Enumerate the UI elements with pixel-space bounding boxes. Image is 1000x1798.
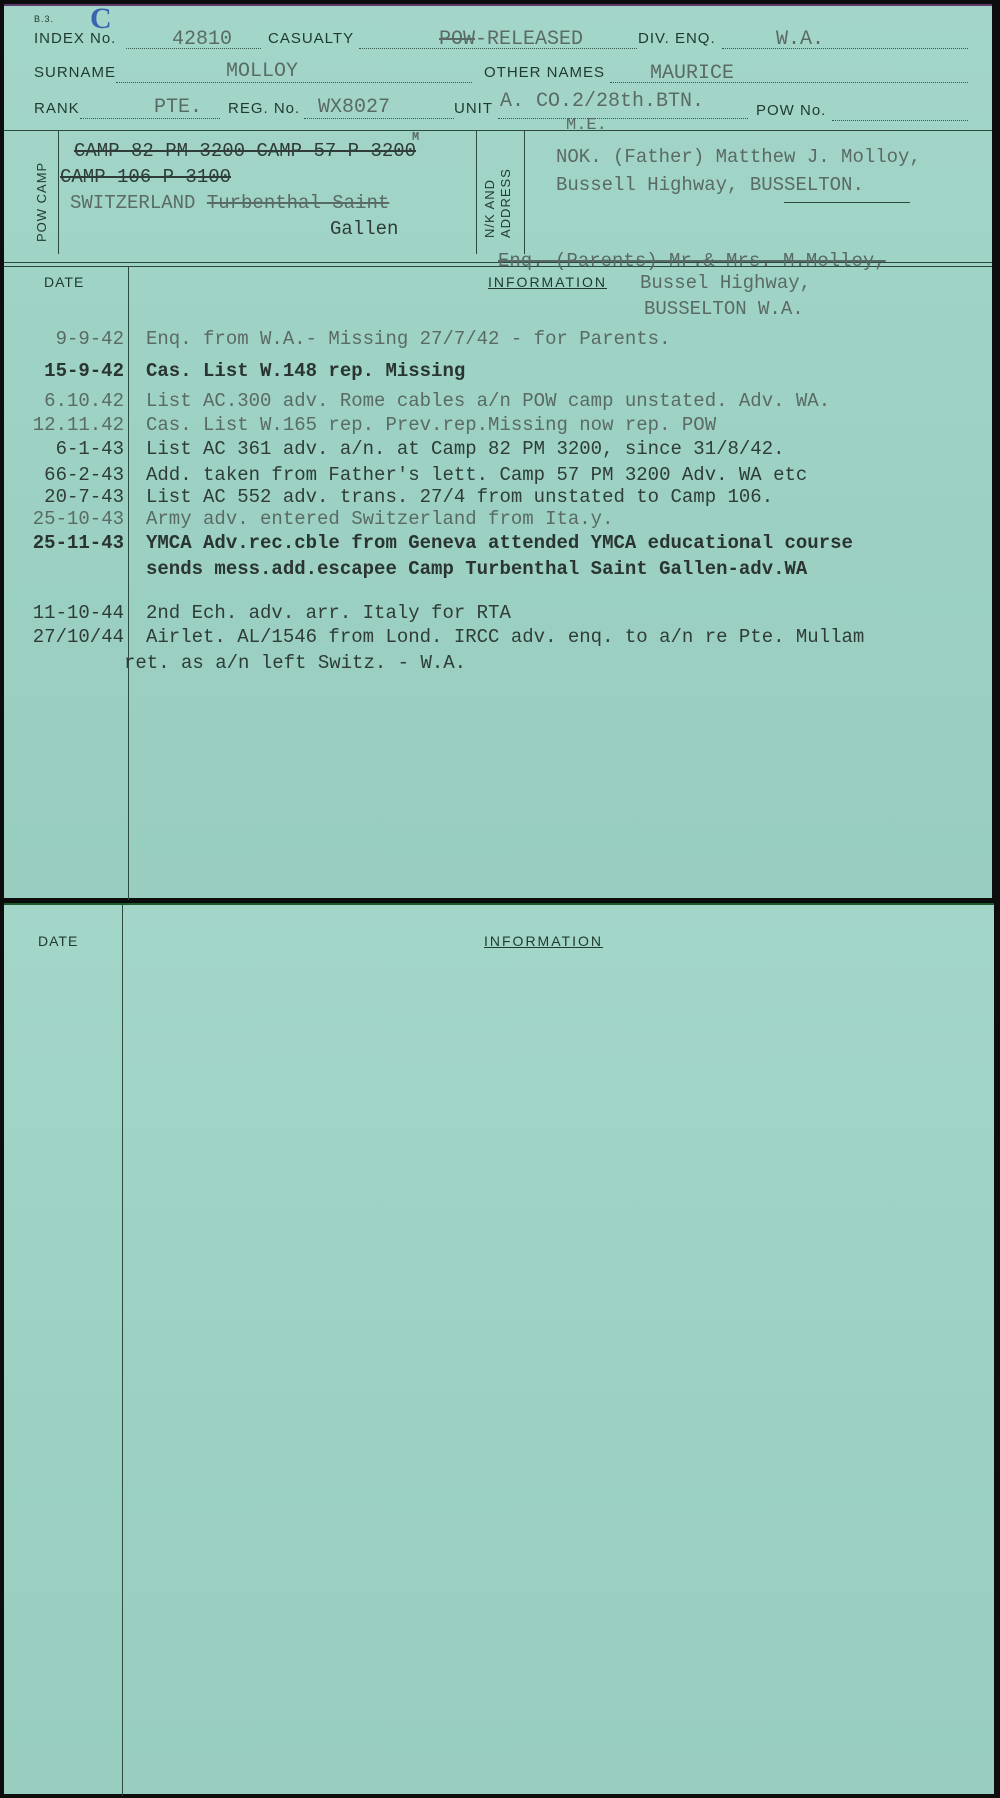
header-divider <box>4 130 992 131</box>
pow-camp-line-2: CAMP 106 P 3100 <box>60 166 231 188</box>
entry-date: 66-2-43 <box>4 464 124 488</box>
entry-date: 27/10/44 <box>4 626 124 650</box>
pow-camp-label: POW CAMP <box>34 162 49 242</box>
entry-info: sends mess.add.escapee Camp Turbenthal S… <box>146 558 807 580</box>
entry-date: 20-7-43 <box>4 486 124 510</box>
div-enq-value: W.A. <box>776 28 824 51</box>
nk-address-label: N/K ANDADDRESS <box>482 168 514 238</box>
nok-line-1: NOK. (Father) Matthew J. Molloy, <box>556 146 921 168</box>
surname-label: SURNAME <box>34 64 116 81</box>
entry-date: 25-11-43 <box>4 532 124 556</box>
entry-info: Cas. List W.148 rep. Missing <box>146 360 465 382</box>
entry-info: List AC.300 adv. Rome cables a/n POW cam… <box>146 390 830 412</box>
entry-date: 6-1-43 <box>4 438 124 462</box>
rank-value: PTE. <box>154 96 202 119</box>
casualty-card-front: B.3. C INDEX No. 42810 CASUALTY POW-RELE… <box>4 4 992 898</box>
casualty-value: POW-RELEASED <box>439 28 583 51</box>
enq-line-1: Bussel Highway, <box>640 272 811 294</box>
entry-date: 12.11.42 <box>4 414 124 438</box>
enq-parents-struck: Enq. (Parents) Mr.& Mrs. M.Molloy, <box>498 250 886 272</box>
nok-line-2: Bussell Highway, BUSSELTON. <box>556 174 864 196</box>
date-column-divider <box>128 266 129 900</box>
enq-line-2: BUSSELTON W.A. <box>644 298 804 320</box>
information-column-header: INFORMATION <box>488 274 607 290</box>
entry-date: 6.10.42 <box>4 390 124 414</box>
reg-no-label: REG. No. <box>228 100 300 117</box>
entry-info: Add. taken from Father's lett. Camp 57 P… <box>146 464 807 486</box>
casualty-label: CASUALTY <box>268 30 354 47</box>
entry-info: List AC 552 adv. trans. 27/4 from unstat… <box>146 486 773 508</box>
entry-info: 2nd Ech. adv. arr. Italy for RTA <box>146 602 511 624</box>
other-names-label: OTHER NAMES <box>484 64 605 81</box>
entry-date: 11-10-44 <box>4 602 124 626</box>
rank-label: RANK <box>34 100 80 117</box>
unit-label: UNIT <box>454 100 493 117</box>
entry-info: Army adv. entered Switzerland from Ita.y… <box>146 508 613 530</box>
entry-info: ret. as a/n left Switz. - W.A. <box>124 652 466 674</box>
unit-value: A. CO.2/28th.BTN. <box>500 90 704 113</box>
entry-info: Airlet. AL/1546 from Lond. IRCC adv. enq… <box>146 626 864 648</box>
entry-date: 25-10-43 <box>4 508 124 532</box>
index-no-label: INDEX No. <box>34 30 116 47</box>
date-column-header: DATE <box>38 933 78 949</box>
date-column-divider <box>122 905 123 1796</box>
other-names-value: MAURICE <box>650 62 734 85</box>
div-enq-label: DIV. ENQ. <box>638 30 716 47</box>
information-column-header: INFORMATION <box>484 933 603 949</box>
casualty-card-back: DATE INFORMATION <box>4 903 994 1794</box>
entry-info: YMCA Adv.rec.cble from Geneva attended Y… <box>146 532 853 554</box>
entry-info: Cas. List W.165 rep. Prev.rep.Missing no… <box>146 414 716 436</box>
pow-no-label: POW No. <box>756 102 826 119</box>
entry-info: Enq. from W.A.- Missing 27/7/42 - for Pa… <box>146 328 671 350</box>
form-code: B.3. <box>34 14 54 24</box>
entry-date: 9-9-42 <box>4 328 124 352</box>
surname-value: MOLLOY <box>226 60 298 83</box>
unit-value-line2: M.E. <box>566 116 607 135</box>
pow-camp-line-4: Gallen <box>330 218 398 240</box>
entry-info: List AC 361 adv. a/n. at Camp 82 PM 3200… <box>146 438 785 460</box>
reg-no-value: WX8027 <box>318 96 390 119</box>
pow-camp-line-1: CAMP 82 PM 3200 CAMP 57 P 3200 <box>74 140 416 162</box>
entry-date: 15-9-42 <box>4 360 124 384</box>
date-column-header: DATE <box>44 274 84 290</box>
index-no-value: 42810 <box>172 28 232 51</box>
pow-camp-line-3: SWITZERLAND Turbenthal Saint <box>70 192 389 214</box>
